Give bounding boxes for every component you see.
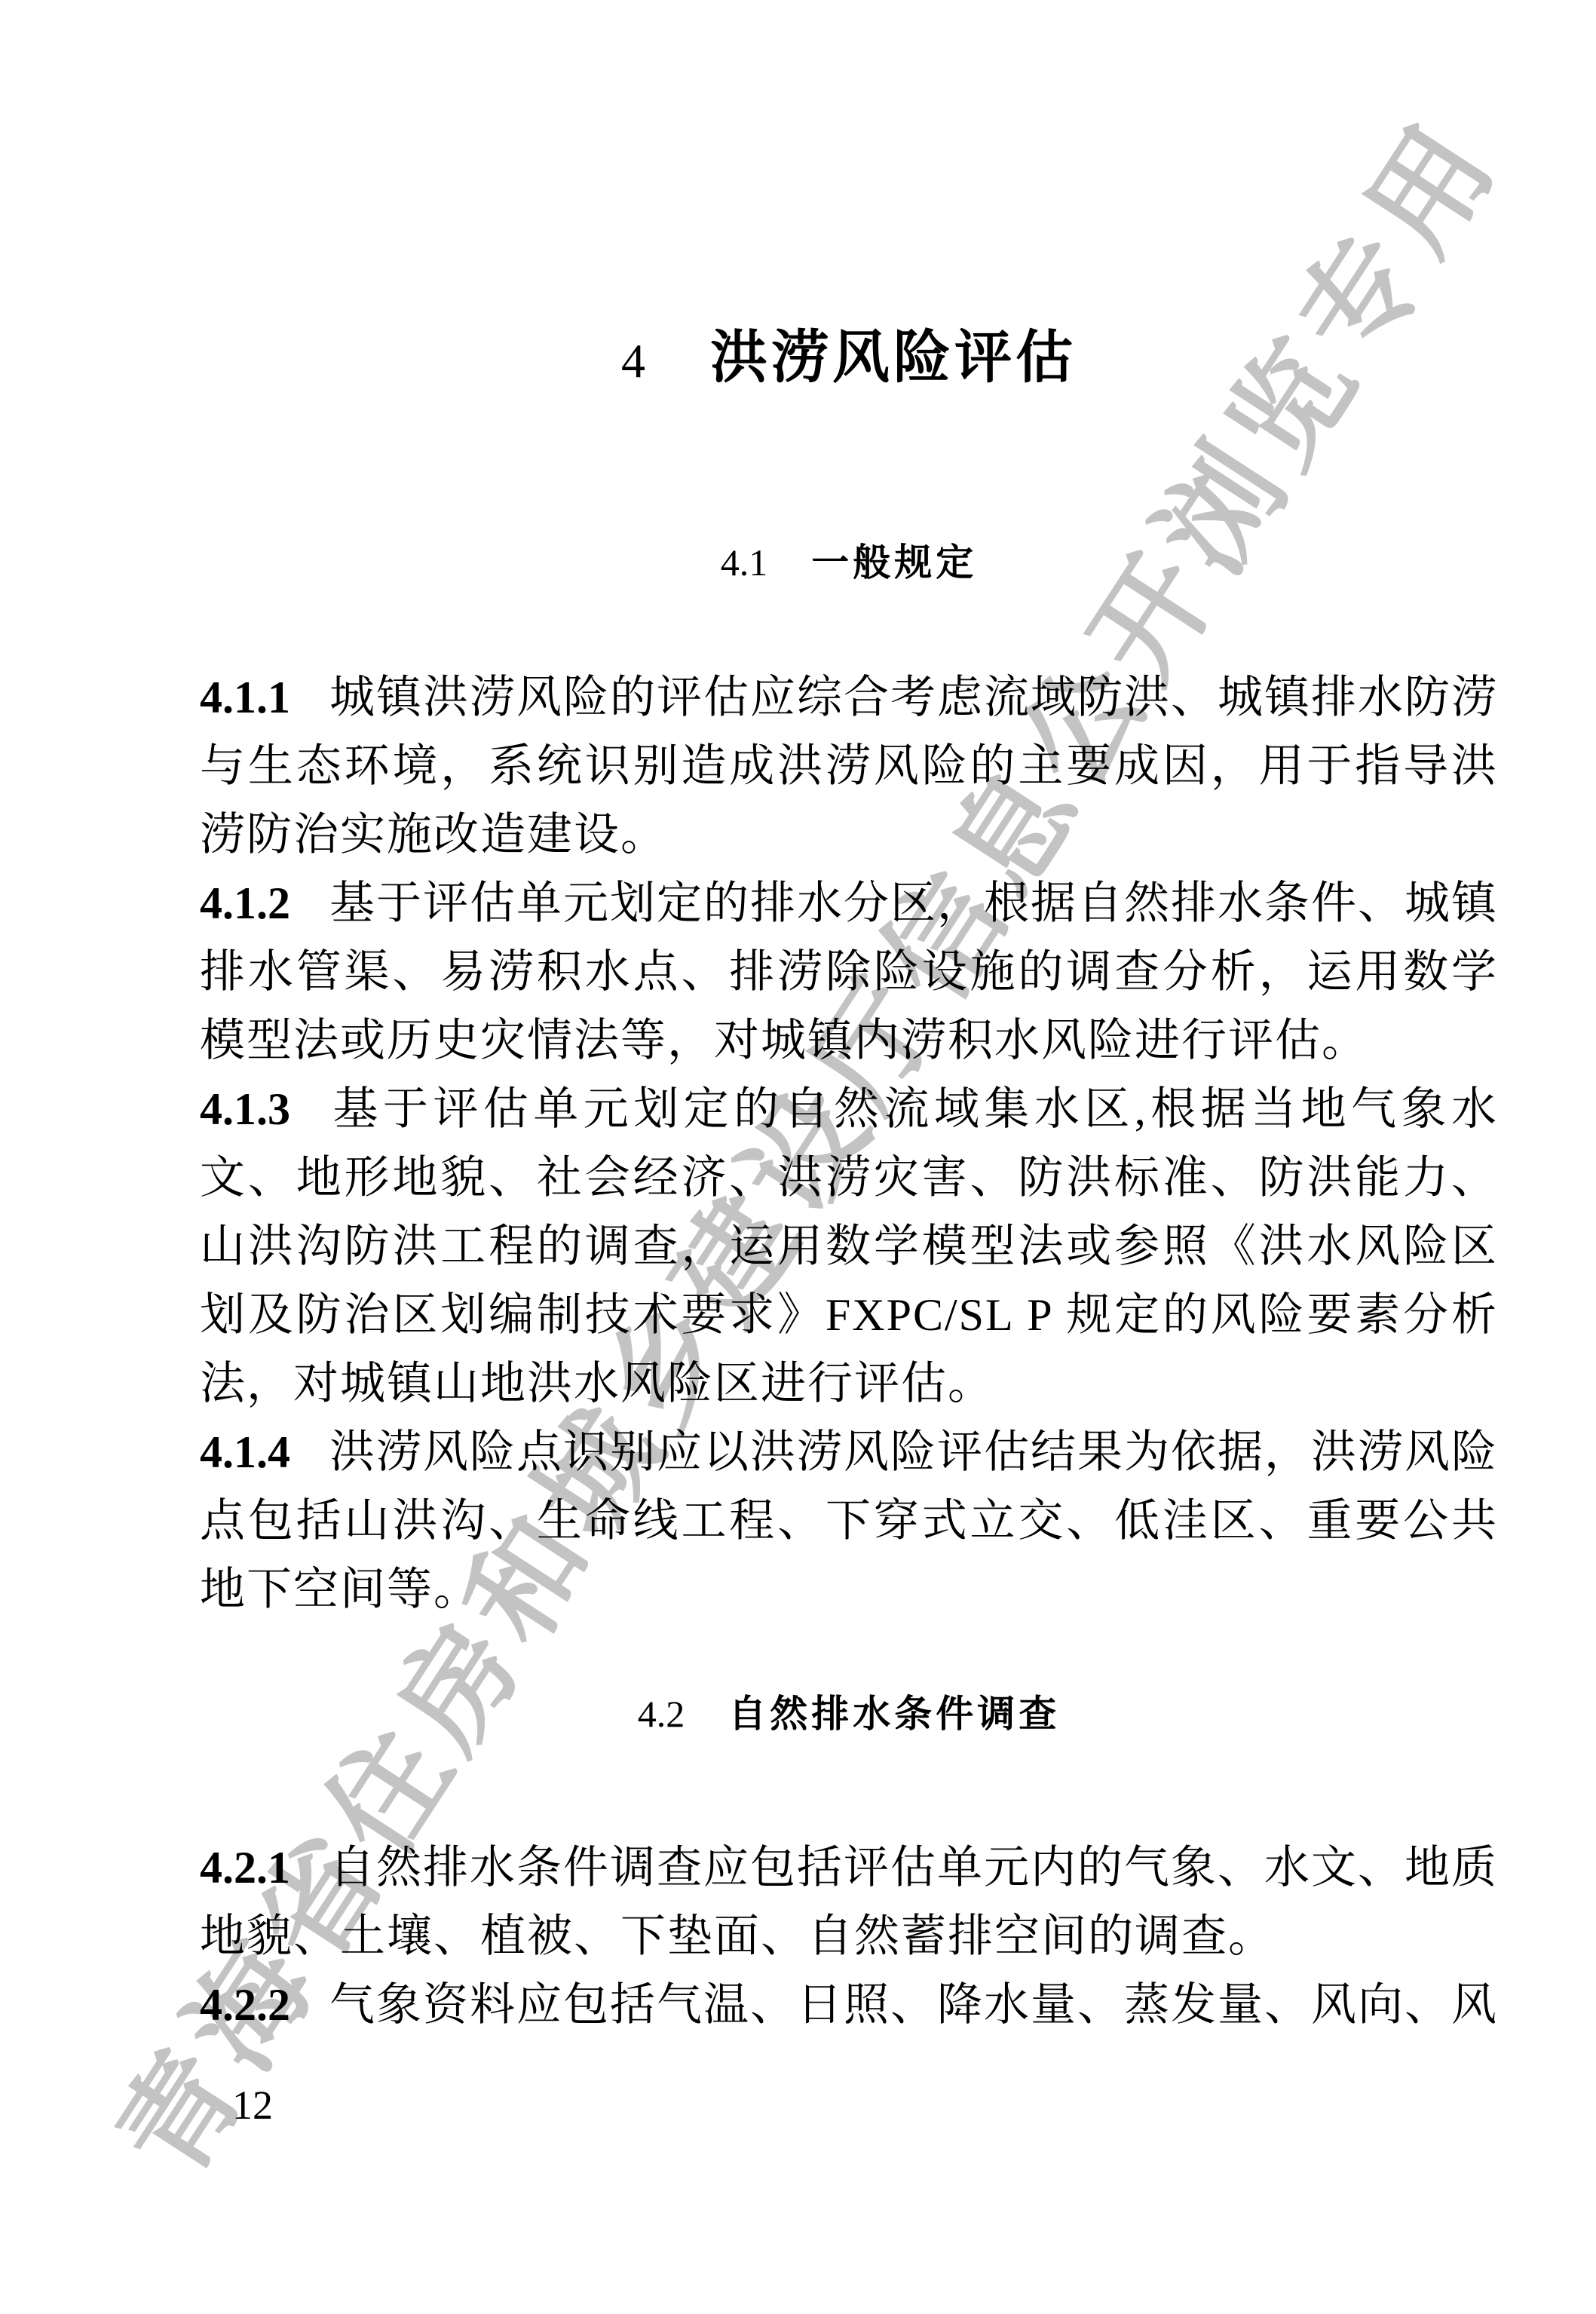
section-heading-4-1: 4.1 一般规定 [200,538,1498,595]
chapter-title-text: 洪涝风险评估 [710,326,1077,390]
clause-text: 自然排水条件调查应包括评估单元内的气象、水文、地质地貌、土壤、植被、下垫面、自然… [200,1843,1498,1961]
chapter-number: 4 [621,334,645,388]
clause-number: 4.1.1 [200,673,290,722]
clause-text: 基于评估单元划定的自然流域集水区,根据当地气象水文、地形地貌、社会经济、洪涝灾害… [200,1084,1498,1408]
clause-4-2-2: 4.2.2气象资料应包括气温、日照、降水量、蒸发量、风向、风 [200,1971,1498,2040]
section-number: 4.2 [638,1693,685,1735]
chapter-title: 4 洪涝风险评估 [200,317,1498,410]
section-number: 4.1 [721,541,768,584]
clause-text: 气象资料应包括气温、日照、降水量、蒸发量、风向、风 [329,1980,1498,2030]
section-4-1-clauses: 4.1.1城镇洪涝风险的评估应综合考虑流域防洪、城镇排水防涝与生态环境，系统识别… [200,664,1498,1624]
page-content: 4 洪涝风险评估 4.1 一般规定 4.1.1城镇洪涝风险的评估应综合考虑流域防… [0,0,1596,2314]
clause-text: 洪涝风险点识别应以洪涝风险评估结果为依据，洪涝风险点包括山洪沟、生命线工程、下穿… [200,1427,1498,1614]
clause-number: 4.2.1 [200,1843,290,1893]
clause-4-1-3: 4.1.3基于评估单元划定的自然流域集水区,根据当地气象水文、地形地貌、社会经济… [200,1075,1498,1418]
clause-4-1-4: 4.1.4洪涝风险点识别应以洪涝风险评估结果为依据，洪涝风险点包括山洪沟、生命线… [200,1418,1498,1624]
clause-4-1-2: 4.1.2基于评估单元划定的排水分区，根据自然排水条件、城镇排水管渠、易涝积水点… [200,869,1498,1075]
document-page: 青海省住房和城乡建设厅信息公开浏览专用 4 洪涝风险评估 4.1 一般规定 4.… [0,0,1596,2314]
section-4-2-clauses: 4.2.1自然排水条件调查应包括评估单元内的气象、水文、地质地貌、土壤、植被、下… [200,1834,1498,2040]
clause-number: 4.2.2 [200,1980,290,2030]
clause-4-1-1: 4.1.1城镇洪涝风险的评估应综合考虑流域防洪、城镇排水防涝与生态环境，系统识别… [200,664,1498,869]
clause-4-2-1: 4.2.1自然排水条件调查应包括评估单元内的气象、水文、地质地貌、土壤、植被、下… [200,1834,1498,1971]
clause-number: 4.1.3 [200,1084,290,1134]
clause-number: 4.1.4 [200,1427,290,1477]
clause-number: 4.1.2 [200,878,290,928]
clause-text: 基于评估单元划定的排水分区，根据自然排水条件、城镇排水管渠、易涝积水点、排涝除险… [200,878,1498,1065]
page-number: 12 [232,2083,273,2128]
section-title-text: 自然排水条件调查 [728,1693,1060,1735]
clause-text: 城镇洪涝风险的评估应综合考虑流域防洪、城镇排水防涝与生态环境，系统识别造成洪涝风… [200,673,1498,860]
section-title-text: 一般规定 [811,541,977,584]
section-heading-4-2: 4.2 自然排水条件调查 [200,1689,1498,1746]
